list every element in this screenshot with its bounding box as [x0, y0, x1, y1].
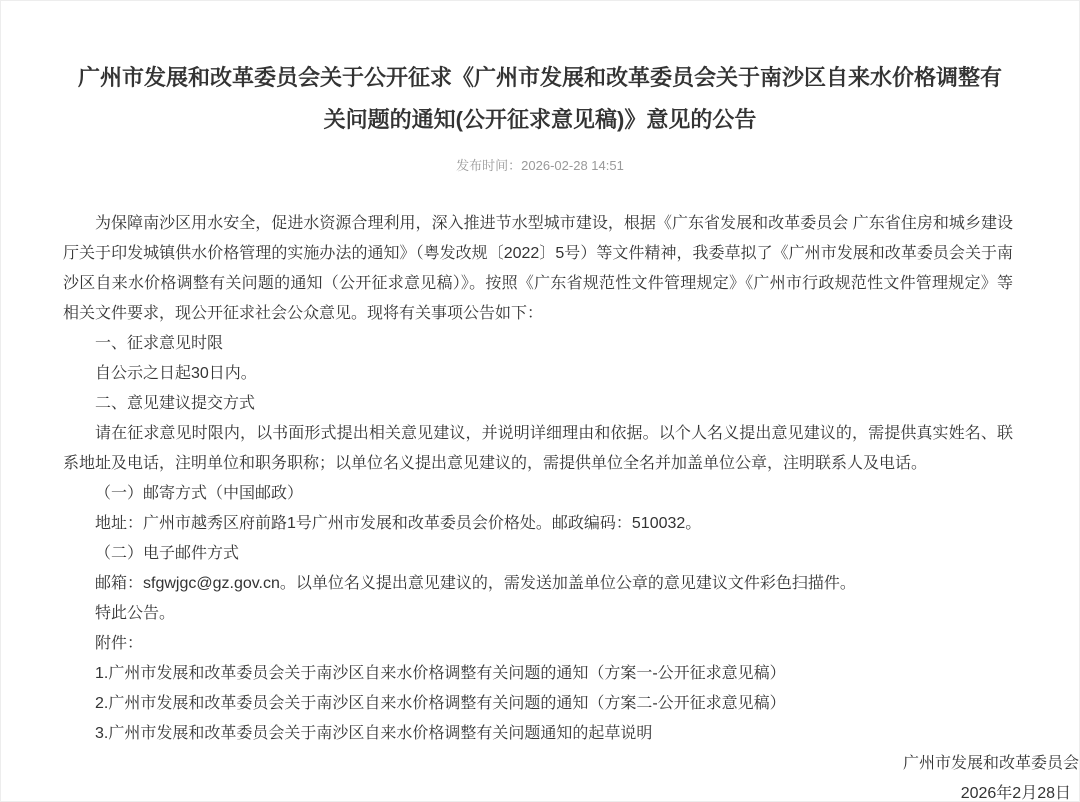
attachment-item-2[interactable]: 2.广州市发展和改革委员会关于南沙区自来水价格调整有关问题的通知（方案二-公开征…	[63, 689, 1013, 719]
signature-agency: 广州市发展和改革委员会	[1, 749, 1079, 779]
paragraph-submission: 请在征求意见时限内，以书面形式提出相关意见建议，并说明详细理由和依据。以个人名义…	[63, 419, 1013, 479]
heading-email-method: （二）电子邮件方式	[63, 539, 1013, 569]
paragraph-email: 邮箱：sfgwjgc@gz.gov.cn。以单位名义提出意见建议的，需发送加盖单…	[63, 569, 1013, 599]
publish-time: 发布时间：2026-02-28 14:51	[1, 157, 1079, 175]
heading-section-2: 二、意见建议提交方式	[63, 389, 1013, 419]
attachment-item-1[interactable]: 1.广州市发展和改革委员会关于南沙区自来水价格调整有关问题的通知（方案一-公开征…	[63, 659, 1013, 689]
signature-date: 2026年2月28日	[1, 779, 1079, 802]
paragraph-announce: 特此公告。	[63, 599, 1013, 629]
heading-mail-method: （一）邮寄方式（中国邮政）	[63, 479, 1013, 509]
signature-block: 广州市发展和改革委员会 2026年2月28日	[1, 749, 1079, 802]
attachment-item-3[interactable]: 3.广州市发展和改革委员会关于南沙区自来水价格调整有关问题通知的起草说明	[63, 719, 1013, 749]
page-title: 广州市发展和改革委员会关于公开征求《广州市发展和改革委员会关于南沙区自来水价格调…	[75, 57, 1005, 141]
document-body: 为保障南沙区用水安全，促进水资源合理利用，深入推进节水型城市建设，根据《广东省发…	[63, 209, 1013, 749]
paragraph-address: 地址：广州市越秀区府前路1号广州市发展和改革委员会价格处。邮政编码：510032…	[63, 509, 1013, 539]
paragraph-intro: 为保障南沙区用水安全，促进水资源合理利用，深入推进节水型城市建设，根据《广东省发…	[63, 209, 1013, 329]
document-page: 广州市发展和改革委员会关于公开征求《广州市发展和改革委员会关于南沙区自来水价格调…	[0, 0, 1080, 802]
attachments-label: 附件：	[63, 629, 1013, 659]
paragraph-deadline: 自公示之日起30日内。	[63, 359, 1013, 389]
heading-section-1: 一、征求意见时限	[63, 329, 1013, 359]
